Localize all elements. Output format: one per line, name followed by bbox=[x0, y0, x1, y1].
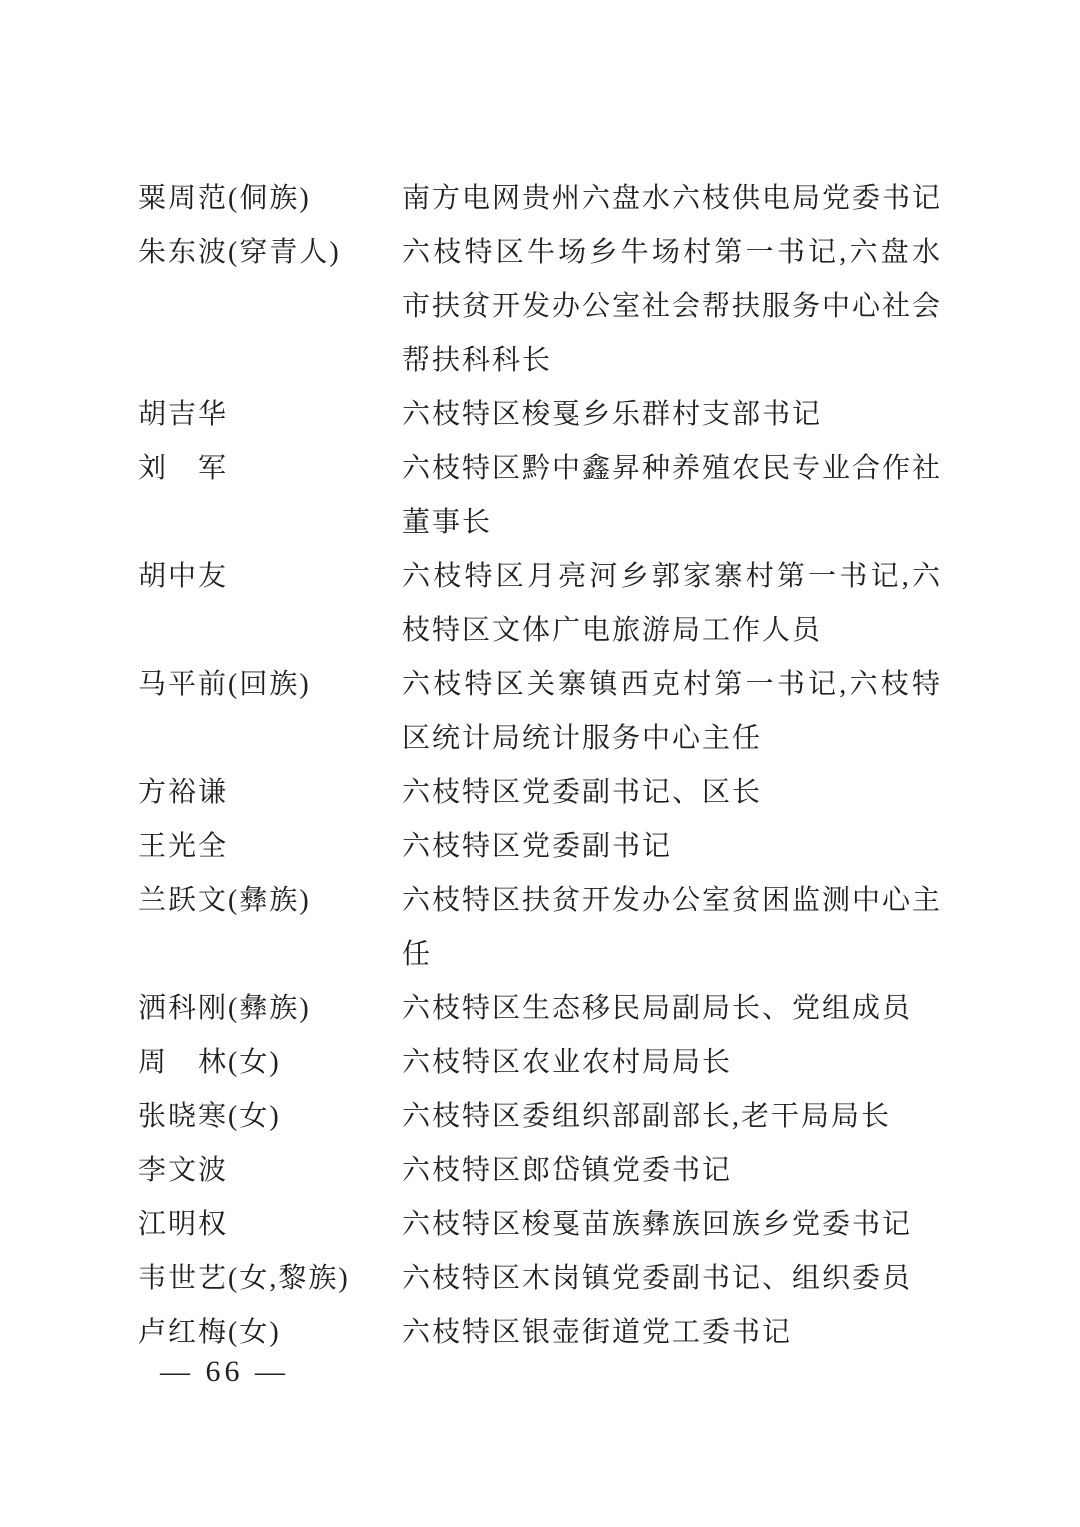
person-title: 六枝特区扶贫开发办公室贫困监测中心主任 bbox=[402, 874, 942, 982]
person-name: 韦世艺(女,黎族) bbox=[138, 1252, 402, 1306]
list-item: 洒科刚(彝族) 六枝特区生态移民局副局长、党组成员 bbox=[138, 982, 948, 1036]
list-item: 刘 军 六枝特区黔中鑫昇种养殖农民专业合作社董事长 bbox=[138, 442, 948, 550]
person-title: 六枝特区月亮河乡郭家寨村第一书记,六枝特区文体广电旅游局工作人员 bbox=[402, 550, 942, 658]
person-title: 六枝特区委组织部副部长,老干局局长 bbox=[402, 1090, 942, 1144]
list-item: 王光全 六枝特区党委副书记 bbox=[138, 820, 948, 874]
person-name: 胡中友 bbox=[138, 550, 402, 604]
document-page: 粟周范(侗族) 南方电网贵州六盘水六枝供电局党委书记 朱东波(穿青人) 六枝特区… bbox=[0, 0, 1080, 1527]
person-name: 李文波 bbox=[138, 1144, 402, 1198]
person-title: 六枝特区梭戛乡乐群村支部书记 bbox=[402, 388, 942, 442]
person-title: 六枝特区党委副书记 bbox=[402, 820, 942, 874]
list-item: 方裕谦 六枝特区党委副书记、区长 bbox=[138, 766, 948, 820]
person-title: 六枝特区黔中鑫昇种养殖农民专业合作社董事长 bbox=[402, 442, 942, 550]
person-name: 王光全 bbox=[138, 820, 402, 874]
list-item: 朱东波(穿青人) 六枝特区牛场乡牛场村第一书记,六盘水市扶贫开发办公室社会帮扶服… bbox=[138, 226, 948, 388]
person-name: 马平前(回族) bbox=[138, 658, 402, 712]
list-item: 张晓寒(女) 六枝特区委组织部副部长,老干局局长 bbox=[138, 1090, 948, 1144]
person-title: 南方电网贵州六盘水六枝供电局党委书记 bbox=[402, 172, 942, 226]
person-title: 六枝特区农业农村局局长 bbox=[402, 1036, 942, 1090]
list-item: 胡吉华 六枝特区梭戛乡乐群村支部书记 bbox=[138, 388, 948, 442]
person-title: 六枝特区牛场乡牛场村第一书记,六盘水市扶贫开发办公室社会帮扶服务中心社会帮扶科科… bbox=[402, 226, 942, 388]
person-title: 六枝特区关寨镇西克村第一书记,六枝特区统计局统计服务中心主任 bbox=[402, 658, 942, 766]
person-name: 朱东波(穿青人) bbox=[138, 226, 402, 280]
person-title: 六枝特区木岗镇党委副书记、组织委员 bbox=[402, 1252, 942, 1306]
person-name: 张晓寒(女) bbox=[138, 1090, 402, 1144]
page-number: — 66 — bbox=[160, 1352, 289, 1392]
list-item: 马平前(回族) 六枝特区关寨镇西克村第一书记,六枝特区统计局统计服务中心主任 bbox=[138, 658, 948, 766]
roster-list: 粟周范(侗族) 南方电网贵州六盘水六枝供电局党委书记 朱东波(穿青人) 六枝特区… bbox=[138, 172, 948, 1360]
list-item: 江明权 六枝特区梭戛苗族彝族回族乡党委书记 bbox=[138, 1198, 948, 1252]
person-name: 胡吉华 bbox=[138, 388, 402, 442]
person-title: 六枝特区生态移民局副局长、党组成员 bbox=[402, 982, 942, 1036]
person-title: 六枝特区梭戛苗族彝族回族乡党委书记 bbox=[402, 1198, 942, 1252]
person-name: 江明权 bbox=[138, 1198, 402, 1252]
person-name: 方裕谦 bbox=[138, 766, 402, 820]
list-item: 胡中友 六枝特区月亮河乡郭家寨村第一书记,六枝特区文体广电旅游局工作人员 bbox=[138, 550, 948, 658]
person-name: 洒科刚(彝族) bbox=[138, 982, 402, 1036]
list-item: 兰跃文(彝族) 六枝特区扶贫开发办公室贫困监测中心主任 bbox=[138, 874, 948, 982]
list-item: 周 林(女) 六枝特区农业农村局局长 bbox=[138, 1036, 948, 1090]
person-title: 六枝特区银壶街道党工委书记 bbox=[402, 1306, 942, 1360]
person-name: 周 林(女) bbox=[138, 1036, 402, 1090]
person-title: 六枝特区郎岱镇党委书记 bbox=[402, 1144, 942, 1198]
list-item: 韦世艺(女,黎族) 六枝特区木岗镇党委副书记、组织委员 bbox=[138, 1252, 948, 1306]
person-title: 六枝特区党委副书记、区长 bbox=[402, 766, 942, 820]
list-item: 粟周范(侗族) 南方电网贵州六盘水六枝供电局党委书记 bbox=[138, 172, 948, 226]
person-name: 粟周范(侗族) bbox=[138, 172, 402, 226]
person-name: 兰跃文(彝族) bbox=[138, 874, 402, 928]
person-name: 刘 军 bbox=[138, 442, 402, 496]
list-item: 李文波 六枝特区郎岱镇党委书记 bbox=[138, 1144, 948, 1198]
